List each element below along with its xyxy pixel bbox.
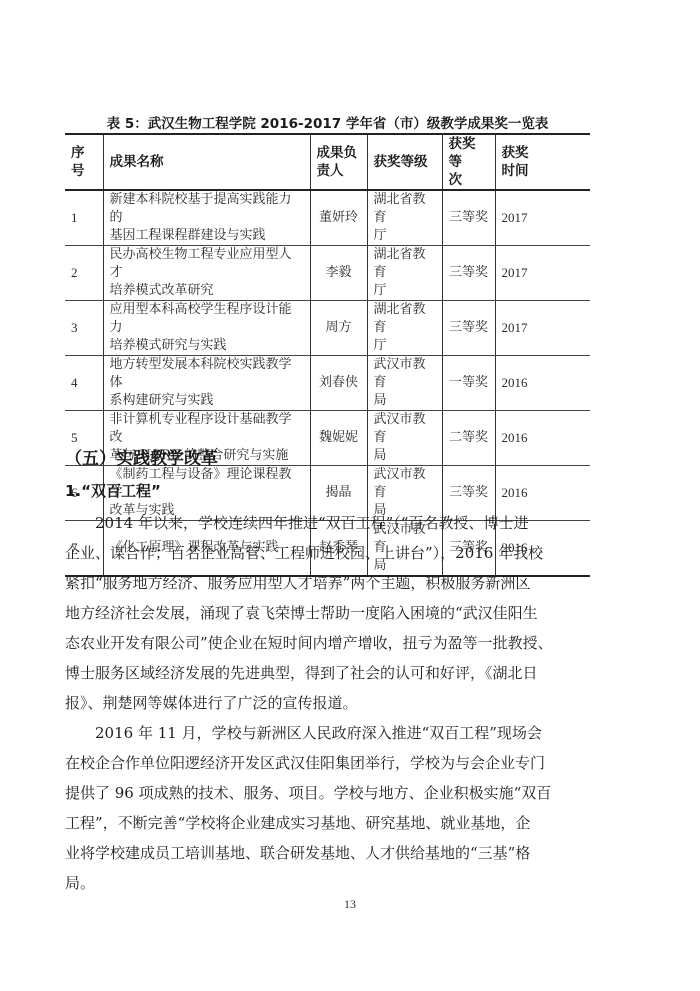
cell-level-line1: 武汉市教育 [374,412,426,445]
paragraph-2: 2016 年 11 月，学校与新洲区人民政府深入推进“双百工程”现场会 在校企合… [65,718,595,898]
paragraph-line: 博士服务区域经济发展的先进典型，得到了社会的认可和好评，《湖北日 [65,658,595,688]
header-owner: 成果负责人 [310,134,367,190]
header-name: 成果名称 [103,134,310,190]
cell-level-line2: 局 [374,448,387,463]
cell-year: 2017 [495,190,590,246]
page-number: 13 [0,897,700,912]
cell-level-line2: 局 [374,393,387,408]
cell-rank: 一等奖 [442,356,495,411]
header-level: 获奖等级 [367,134,442,190]
cell-name: 新建本科院校基于提高实践能力的基因工程课程群建设与实践 [103,190,310,246]
cell-year: 2016 [495,411,590,466]
header-no: 序号 [65,134,103,190]
cell-level: 武汉市教育局 [367,411,442,466]
paragraph-line: 在校企合作单位阳逻经济开发区武汉佳阳集团举行，学校为与会企业专门 [65,748,595,778]
cell-level-line1: 武汉市教育 [374,467,426,500]
cell-year: 2017 [495,301,590,356]
cell-name-line2: 培养模式改革研究 [110,283,214,298]
cell-level-line1: 湖北省教育 [374,302,426,335]
cell-name-line1: 应用型本科高校学生程序设计能力 [110,302,292,335]
cell-name: 民办高校生物工程专业应用型人才培养模式改革研究 [103,246,310,301]
paragraph-line: 态农业开发有限公司”使企业在短时间内增产增收，扭亏为盈等一批教授、 [65,628,595,658]
header-year-line2: 时间 [502,163,529,179]
header-rank-line2: 次 [449,172,463,188]
header-owner-line1: 成果负 [317,145,358,161]
paragraph-line: 报》、荆楚网等媒体进行了广泛的宣传报道。 [65,688,595,718]
cell-no: 1 [65,190,103,246]
paragraph-line: 局。 [65,868,595,898]
section-heading: （五）实践教学改革 [65,444,218,469]
cell-year: 2017 [495,246,590,301]
paragraph-line: 提供了 96 项成熟的技术、服务、项目。学校与地方、企业积极实施“双百 [65,778,595,808]
cell-owner: 董妍玲 [310,190,367,246]
cell-rank: 二等奖 [442,411,495,466]
cell-level-line1: 湖北省教育 [374,247,426,280]
paragraph-line: 2014 年以来，学校连续四年推进“双百工程”（“百名教授、博士进 [65,508,595,538]
cell-level: 湖北省教育厅 [367,301,442,356]
cell-level-line2: 厅 [374,228,387,243]
cell-no: 4 [65,356,103,411]
table-row: 1 新建本科院校基于提高实践能力的基因工程课程群建设与实践 董妍玲 湖北省教育厅… [65,190,590,246]
paragraph-line: 工程”，不断完善“学校将企业建成实习基地、研究基地、就业基地，企 [65,808,595,838]
table-header-row: 序号 成果名称 成果负责人 获奖等级 获奖等次 获奖时间 [65,134,590,190]
paragraph-line: 业将学校建成员工培训基地、联合研发基地、人才供给基地的“三基”格 [65,838,595,868]
cell-owner: 李毅 [310,246,367,301]
paragraph-line: 紧扣“服务地方经济、服务应用型人才培养”两个主题，积极服务新洲区 [65,568,595,598]
table-row: 4 地方转型发展本科院校实践教学体系构建研究与实践 刘春侠 武汉市教育局 一等奖… [65,356,590,411]
cell-name-line1: 非计算机专业程序设计基础教学改 [110,412,292,445]
paragraph-line: 企业、谋合作；百名企业高管、工程师进校园、上讲台”），2016 年我校 [65,538,595,568]
cell-name-line1: 新建本科院校基于提高实践能力的 [110,192,292,225]
cell-no: 3 [65,301,103,356]
cell-level: 武汉市教育局 [367,356,442,411]
header-year-line1: 获奖 [502,145,529,161]
paragraph-line: 2016 年 11 月，学校与新洲区人民政府深入推进“双百工程”现场会 [65,718,595,748]
header-rank-line1: 获奖等 [449,136,476,170]
cell-level-line2: 厅 [374,283,387,298]
cell-level: 湖北省教育厅 [367,190,442,246]
cell-rank: 三等奖 [442,301,495,356]
cell-year: 2016 [495,356,590,411]
cell-level-line1: 湖北省教育 [374,192,426,225]
cell-owner: 周方 [310,301,367,356]
sub-heading: 1.“双百工程” [65,480,161,501]
cell-name: 应用型本科高校学生程序设计能力培养模式研究与实践 [103,301,310,356]
cell-name-line1: 地方转型发展本科院校实践教学体 [110,357,292,390]
cell-rank: 三等奖 [442,190,495,246]
header-owner-line2: 责人 [317,163,344,179]
cell-name-line1: 民办高校生物工程专业应用型人才 [110,247,292,280]
table-row: 3 应用型本科高校学生程序设计能力培养模式研究与实践 周方 湖北省教育厅 三等奖… [65,301,590,356]
paragraph-1: 2014 年以来，学校连续四年推进“双百工程”（“百名教授、博士进 企业、谋合作… [65,508,595,718]
cell-name-line2: 培养模式研究与实践 [110,338,227,353]
cell-name: 地方转型发展本科院校实践教学体系构建研究与实践 [103,356,310,411]
table-caption: 表 5：武汉生物工程学院 2016-2017 学年省（市）级教学成果奖一览表 [65,112,590,132]
cell-level: 湖北省教育厅 [367,246,442,301]
table-row: 2 民办高校生物工程专业应用型人才培养模式改革研究 李毅 湖北省教育厅 三等奖 … [65,246,590,301]
cell-level-line1: 武汉市教育 [374,357,426,390]
cell-name-line2: 系构建研究与实践 [110,393,214,408]
cell-owner: 刘春侠 [310,356,367,411]
document-page: 表 5：武汉生物工程学院 2016-2017 学年省（市）级教学成果奖一览表 序… [0,0,700,991]
header-rank: 获奖等次 [442,134,495,190]
cell-no: 2 [65,246,103,301]
paragraph-line: 地方经济社会发展，涌现了袁飞荣博士帮助一度陷入困境的“武汉佳阳生 [65,598,595,628]
cell-owner: 魏妮妮 [310,411,367,466]
cell-rank: 三等奖 [442,246,495,301]
cell-level-line2: 厅 [374,338,387,353]
header-year: 获奖时间 [495,134,590,190]
cell-name-line2: 基因工程课程群建设与实践 [110,228,266,243]
